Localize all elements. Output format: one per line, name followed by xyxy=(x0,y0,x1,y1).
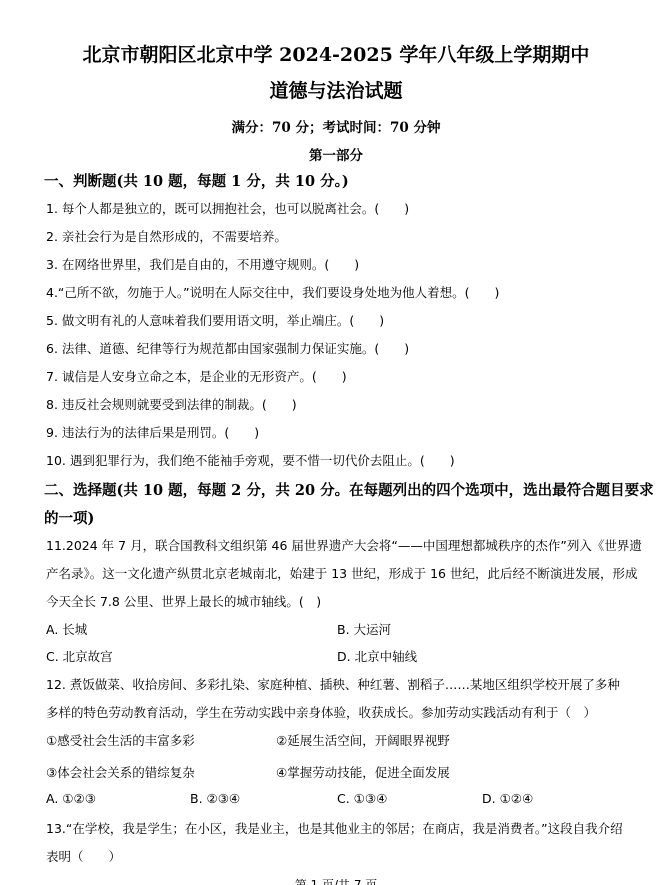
question-1: 1. 每个人都是独立的，既可以拥抱社会，也可以脱离社会。( ) xyxy=(46,199,409,217)
q12-option-c: C. ①③④ xyxy=(337,791,387,806)
question-11-line3: 今天全长 7.8 公里、世界上最长的城市轴线。( ) xyxy=(46,592,321,610)
question-9: 9. 违法行为的法律后果是刑罚。( ) xyxy=(46,423,259,441)
q12-statement-2: ②延展生活空间，开阔眼界视野 xyxy=(276,731,450,749)
exam-title: 北京市朝阳区北京中学 2024-2025 学年八年级上学期期中 xyxy=(0,40,672,67)
question-12-line1: 12. 煮饭做菜、收拾房间、多彩扎染、家庭种植、插秧、种红薯、割稻子……某地区组… xyxy=(46,675,620,693)
q12-statement-4: ④掌握劳动技能，促进全面发展 xyxy=(276,763,450,781)
section-heading-choice: 二、选择题(共 10 题，每题 2 分，共 20 分。在每题列出的四个选项中，选… xyxy=(44,479,654,500)
question-7: 7. 诚信是人安身立命之本，是企业的无形资产。( ) xyxy=(46,367,347,385)
q11-option-c: C. 北京故宫 xyxy=(46,647,113,665)
question-5: 5. 做文明有礼的人意味着我们要用语文明，举止端庄。( ) xyxy=(46,311,384,329)
question-12-line2: 多样的特色劳动教育活动，学生在劳动实践中亲身体验，收获成长。参加劳动实践活动有利… xyxy=(46,703,596,721)
question-3: 3. 在网络世界里，我们是自由的，不用遵守规则。( ) xyxy=(46,255,359,273)
question-8: 8. 违反社会规则就要受到法律的制裁。( ) xyxy=(46,395,297,413)
exam-page: 北京市朝阳区北京中学 2024-2025 学年八年级上学期期中 道德与法治试题 … xyxy=(0,0,672,885)
q12-option-a: A. ①②③ xyxy=(46,791,96,806)
q11-option-b: B. 大运河 xyxy=(337,620,391,638)
score-time: 满分：70 分；考试时间：70 分钟 xyxy=(0,116,672,136)
q12-statement-1: ①感受社会生活的丰富多彩 xyxy=(46,731,195,749)
q11-option-d: D. 北京中轴线 xyxy=(337,647,417,665)
q12-option-b: B. ②③④ xyxy=(190,791,240,806)
question-2: 2. 亲社会行为是自然形成的，不需要培养。 xyxy=(46,227,287,245)
section-heading-choice-cont: 的一项) xyxy=(44,507,94,528)
question-13-line2: 表明（ ） xyxy=(46,847,121,865)
exam-subject: 道德与法治试题 xyxy=(0,76,672,103)
part-label: 第一部分 xyxy=(0,144,672,164)
q12-option-d: D. ①②④ xyxy=(482,791,533,806)
question-6: 6. 法律、道德、纪律等行为规范都由国家强制力保证实施。( ) xyxy=(46,339,409,357)
q12-statement-3: ③体会社会关系的错综复杂 xyxy=(46,763,195,781)
q11-option-a: A. 长城 xyxy=(46,620,87,638)
question-11-line2: 产名录》。这一文化遗产纵贯北京老城南北，始建于 13 世纪，形成于 16 世纪，… xyxy=(46,564,637,582)
question-4: 4.“己所不欲，勿施于人。”说明在人际交往中，我们要设身处地为他人着想。( ) xyxy=(46,283,499,301)
question-11-line1: 11.2024 年 7 月，联合国教科文组织第 46 届世界遗产大会将“——中国… xyxy=(46,536,642,554)
page-footer: 第 1 页/共 7 页 xyxy=(0,876,672,885)
question-10: 10. 遇到犯罪行为，我们绝不能袖手旁观，要不惜一切代价去阻止。( ) xyxy=(46,451,455,469)
section-heading-true-false: 一、判断题(共 10 题，每题 1 分，共 10 分。) xyxy=(44,170,349,191)
question-13-line1: 13.“在学校，我是学生；在小区，我是业主，也是其他业主的邻居；在商店，我是消费… xyxy=(46,819,623,837)
